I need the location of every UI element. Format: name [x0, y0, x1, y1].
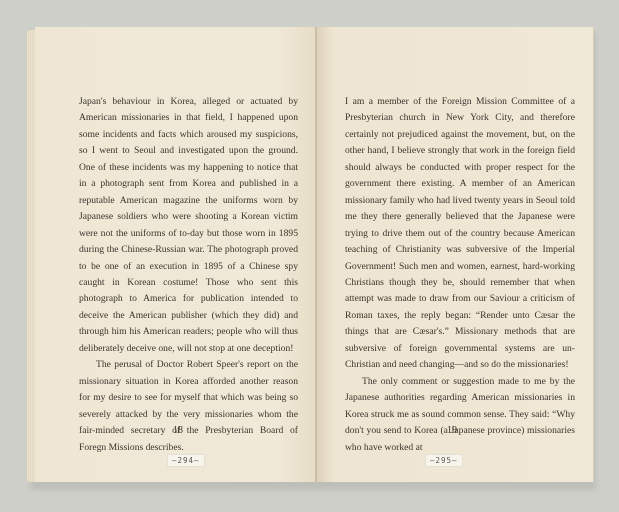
- right-page-text: I am a member of the Foreign Mission Com…: [345, 94, 575, 456]
- left-archive-label: —294—: [167, 454, 205, 467]
- open-book: Japan's behaviour in Korea, alleged or a…: [27, 27, 594, 484]
- left-paragraph-1: Japan's behaviour in Korea, alleged or a…: [79, 94, 298, 357]
- left-page-text: Japan's behaviour in Korea, alleged or a…: [79, 94, 298, 456]
- left-page: Japan's behaviour in Korea, alleged or a…: [35, 27, 317, 482]
- right-archive-label: —295—: [425, 454, 463, 467]
- right-page: I am a member of the Foreign Mission Com…: [317, 27, 594, 482]
- right-paragraph-2: The only comment or suggestion made to m…: [345, 374, 575, 456]
- left-paragraph-2: The perusal of Doctor Robert Speer's rep…: [79, 357, 298, 456]
- right-paragraph-1: I am a member of the Foreign Mission Com…: [345, 94, 575, 374]
- right-page-number: 19: [314, 425, 590, 436]
- left-page-number: 18: [37, 425, 319, 436]
